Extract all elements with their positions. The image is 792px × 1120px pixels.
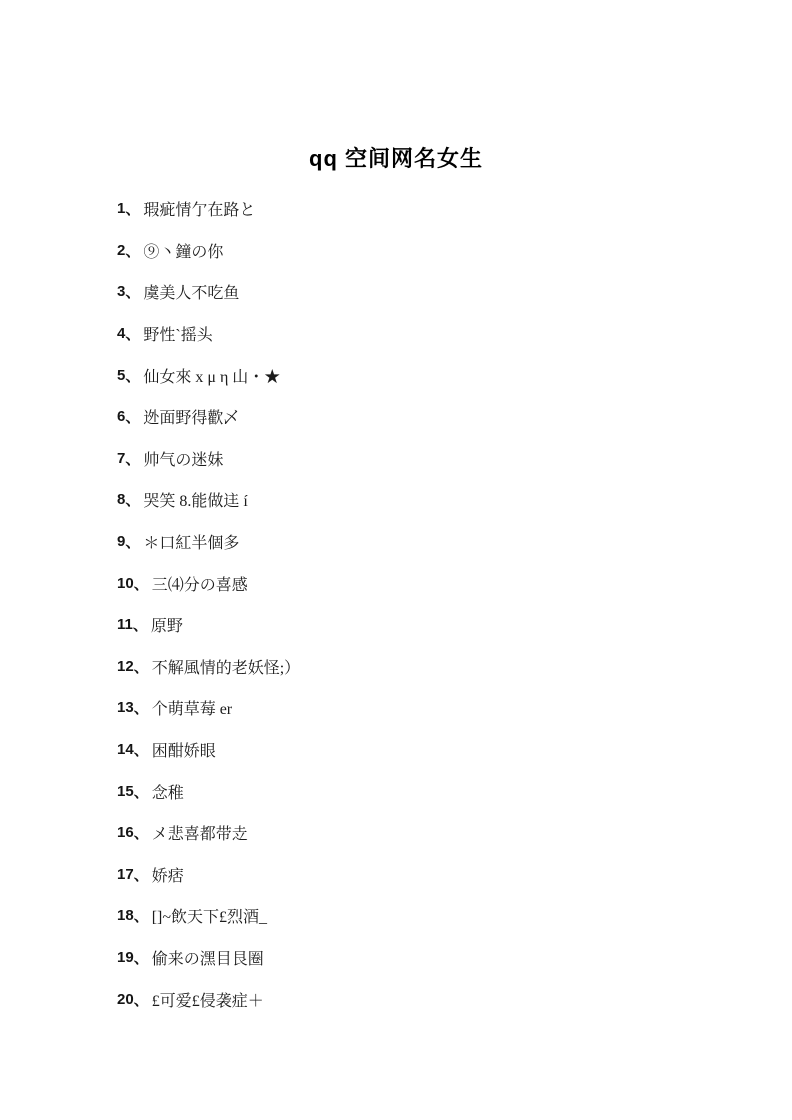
item-separator: 、 (125, 365, 140, 386)
list-item: 9 、 ＊口紅半個多 (117, 521, 300, 563)
item-separator: 、 (134, 989, 149, 1010)
item-separator: 、 (125, 240, 140, 261)
name-list: 1 、 瑕疵情亇在路と 2 、 ⑨丶鐘の你 3 、 虞美人不吃鱼 4 、 野性`… (117, 188, 300, 1020)
item-separator: 、 (125, 489, 140, 510)
item-number: 9 (117, 533, 125, 550)
item-text: 仙女來 x μ η 山・★ (143, 364, 280, 387)
item-text: 三⑷分の喜感 (152, 572, 248, 595)
item-separator: 、 (134, 697, 149, 718)
item-number: 1 (117, 200, 125, 217)
item-text: 瑕疵情亇在路と (143, 197, 255, 220)
list-item: 18 、 []~飲天下£烈酒_ (117, 895, 300, 937)
item-text: 念稚 (152, 780, 184, 803)
item-separator: 、 (125, 531, 140, 552)
item-number: 15 (117, 783, 134, 800)
item-text: メ悲喜都带赱 (152, 821, 248, 844)
item-separator: 、 (125, 281, 140, 302)
list-item: 8 、 哭笑 8.能做迬 í (117, 479, 300, 521)
item-number: 19 (117, 949, 134, 966)
item-separator: 、 (134, 947, 149, 968)
list-item: 19 、 偷来の潶目艮圈 (117, 937, 300, 979)
list-item: 12 、 不解風情的老妖怪;） (117, 646, 300, 688)
list-item: 7 、 帅气の迷妹 (117, 438, 300, 480)
item-separator: 、 (134, 822, 149, 843)
list-item: 20 、 £可爱£侵袭症＋ (117, 978, 300, 1020)
item-number: 6 (117, 408, 125, 425)
list-item: 11 、 原野 (117, 604, 300, 646)
item-separator: 、 (134, 739, 149, 760)
item-number: 4 (117, 325, 125, 342)
item-separator: 、 (125, 448, 140, 469)
item-number: 12 (117, 658, 134, 675)
item-text: []~飲天下£烈酒_ (152, 904, 267, 927)
item-separator: 、 (133, 614, 148, 635)
item-number: 10 (117, 575, 134, 592)
page-title: qq 空间网名女生 (0, 142, 792, 173)
item-separator: 、 (125, 198, 140, 219)
item-number: 13 (117, 699, 134, 716)
item-text: £可爱£侵袭症＋ (152, 988, 264, 1011)
item-separator: 、 (134, 905, 149, 926)
item-number: 8 (117, 491, 125, 508)
item-number: 16 (117, 824, 134, 841)
item-separator: 、 (134, 573, 149, 594)
item-number: 2 (117, 242, 125, 259)
list-item: 3 、 虞美人不吃鱼 (117, 271, 300, 313)
list-item: 17 、 娇痞 (117, 854, 300, 896)
list-item: 14 、 困酣娇眼 (117, 729, 300, 771)
item-text: 野性`摇头 (143, 322, 212, 345)
item-text: 困酣娇眼 (152, 738, 216, 761)
item-number: 17 (117, 866, 134, 883)
item-number: 5 (117, 367, 125, 384)
list-item: 1 、 瑕疵情亇在路と (117, 188, 300, 230)
item-number: 11 (117, 616, 133, 633)
item-text: 娇痞 (152, 863, 184, 886)
item-text: 个萌草莓 er (152, 696, 232, 719)
item-text: ＊口紅半個多 (143, 530, 239, 553)
list-item: 5 、 仙女來 x μ η 山・★ (117, 354, 300, 396)
item-separator: 、 (134, 864, 149, 885)
list-item: 4 、 野性`摇头 (117, 313, 300, 355)
item-text: 偷来の潶目艮圈 (152, 946, 264, 969)
item-text: 不解風情的老妖怪;） (152, 655, 300, 678)
item-number: 20 (117, 991, 134, 1008)
item-separator: 、 (125, 406, 140, 427)
list-item: 6 、 迯面野得歡乄 (117, 396, 300, 438)
list-item: 16 、 メ悲喜都带赱 (117, 812, 300, 854)
document-page: qq 空间网名女生 1 、 瑕疵情亇在路と 2 、 ⑨丶鐘の你 3 、 虞美人不… (0, 0, 792, 1120)
item-text: 虞美人不吃鱼 (143, 280, 239, 303)
item-number: 3 (117, 283, 125, 300)
item-separator: 、 (125, 323, 140, 344)
list-item: 13 、 个萌草莓 er (117, 687, 300, 729)
item-text: ⑨丶鐘の你 (143, 239, 223, 262)
item-text: 迯面野得歡乄 (143, 405, 239, 428)
item-text: 哭笑 8.能做迬 í (143, 488, 247, 511)
item-text: 原野 (151, 613, 183, 636)
list-item: 15 、 念稚 (117, 770, 300, 812)
item-number: 18 (117, 907, 134, 924)
list-item: 2 、 ⑨丶鐘の你 (117, 230, 300, 272)
item-number: 7 (117, 450, 125, 467)
item-number: 14 (117, 741, 134, 758)
item-separator: 、 (134, 781, 149, 802)
item-text: 帅气の迷妹 (143, 447, 223, 470)
item-separator: 、 (134, 656, 149, 677)
list-item: 10 、 三⑷分の喜感 (117, 562, 300, 604)
